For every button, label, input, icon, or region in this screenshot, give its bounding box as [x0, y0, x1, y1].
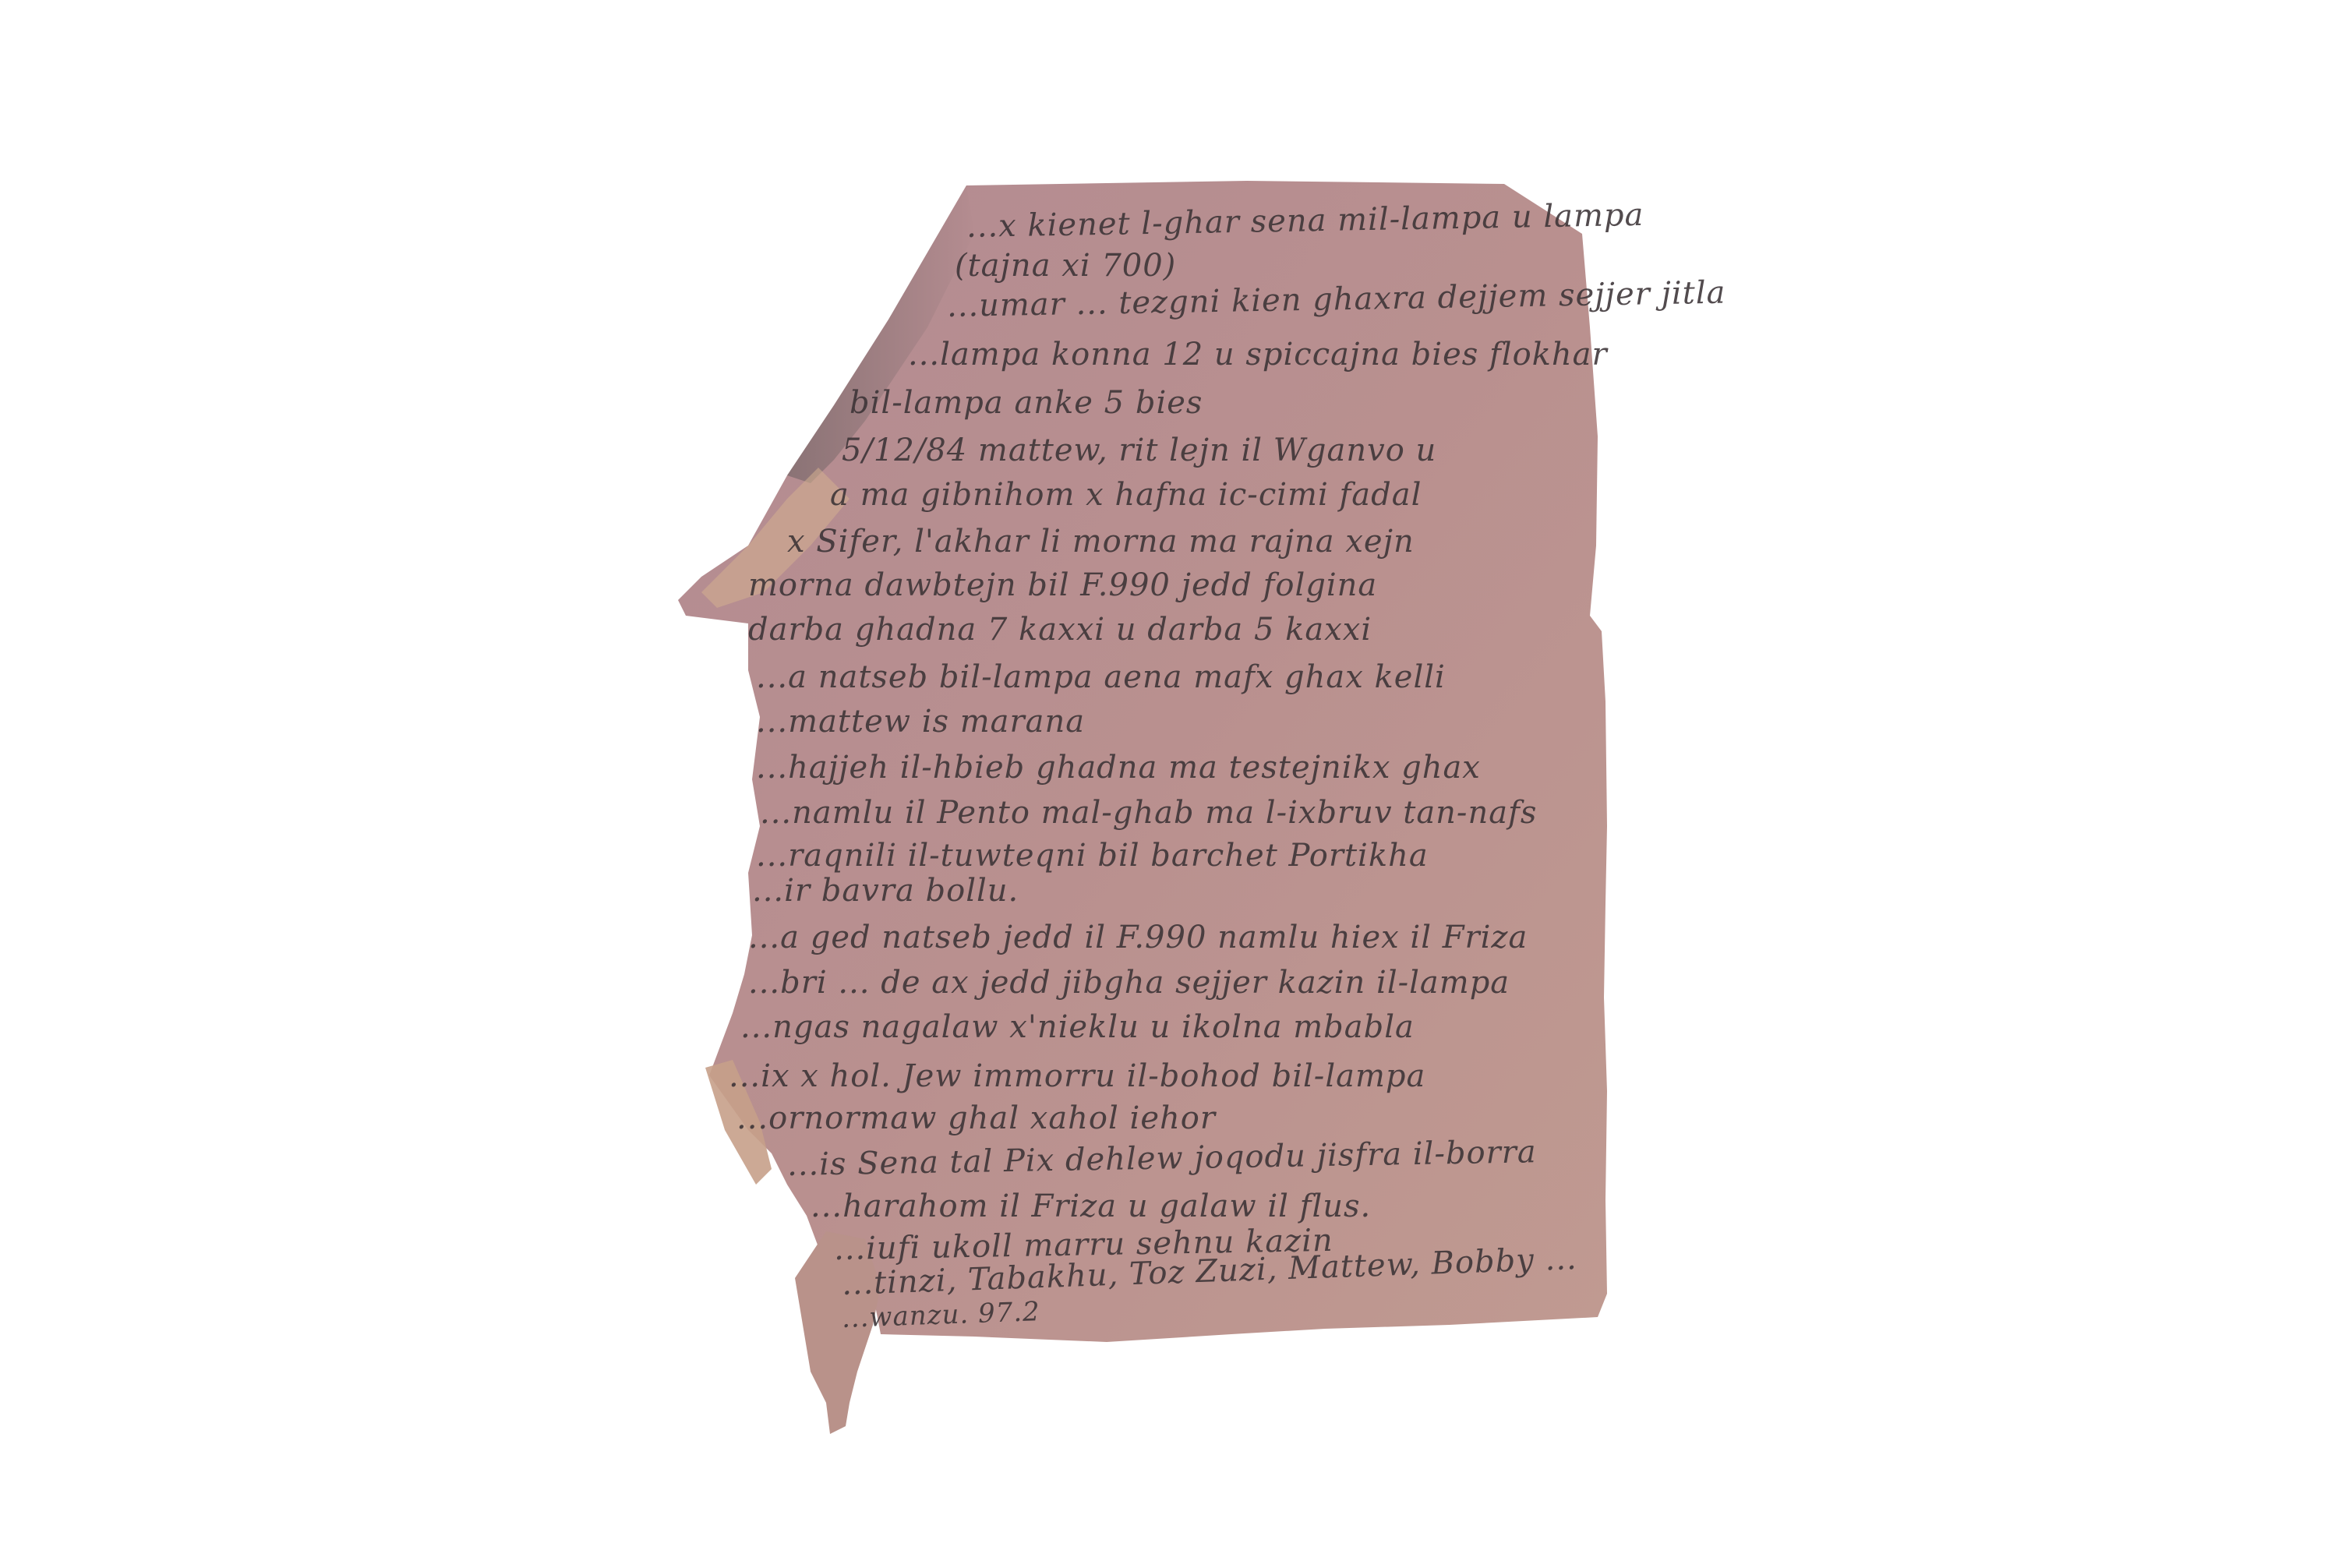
curled-scrap	[795, 1231, 881, 1434]
torn-paper-sheet	[0, 0, 2349, 1568]
paper-body	[678, 181, 1607, 1342]
scanned-document: ...x kienet l-ghar sena mil-lampa u lamp…	[0, 0, 2349, 1568]
